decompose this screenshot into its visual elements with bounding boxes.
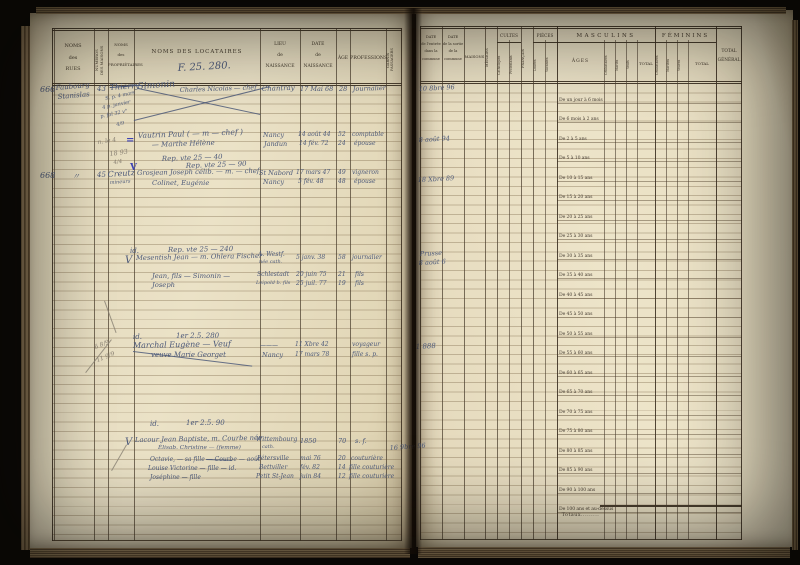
handwriting-text: fils — [355, 271, 364, 278]
handwriting-text: 19 — [338, 280, 346, 287]
handwriting-text: Chantray — [262, 84, 295, 93]
handwriting-text: ——— — [260, 342, 278, 349]
handwriting-text: Louise Victorine — fille — id. — [148, 465, 236, 472]
handwriting-text: Bettviller — [259, 464, 287, 471]
handwriting-text: F. 25. 280. — [177, 60, 231, 74]
handwriting-text: Prusse — [420, 249, 443, 258]
handwriting-text: Wittembourg — [256, 436, 297, 443]
pencil-note: n. le 4 — [97, 136, 117, 146]
handwriting-text: Nancy — [263, 131, 284, 139]
handwriting-text: 17 mars 78 — [295, 351, 329, 358]
handwriting-text: juin 84 — [300, 473, 321, 480]
handwriting-text: 18 Xbre 89 — [418, 174, 455, 184]
handwriting-text: V — [130, 163, 137, 173]
handwriting-text: voyageur — [352, 341, 380, 348]
handwriting-text: Thierry — [109, 81, 140, 92]
handwriting-text: Colinet, Eugénie — [152, 179, 209, 187]
handwriting-text: 48 — [338, 178, 346, 185]
handwriting-text: Joseph — [152, 281, 175, 289]
handwriting-text: vigneron — [352, 169, 379, 176]
handwriting-text: 20 juin 75 — [296, 271, 327, 278]
handwriting-text: s. f. — [355, 437, 367, 445]
handwriting-text: id. — [133, 333, 142, 341]
handwriting-text: 28 — [339, 85, 347, 93]
handwriting-text: = — [126, 135, 134, 146]
handwriting-text: Leipold b. fils — [256, 280, 290, 286]
handwriting-text: 〃 — [72, 171, 80, 182]
handwriting-text: cath. — [262, 444, 275, 450]
handwriting-text: née cath. — [259, 259, 282, 265]
handwriting-text: mineurs — [110, 179, 131, 186]
handwriting-layer: F. 25. 280.666FaubourgStanislas43Thierry… — [0, 0, 800, 565]
handwriting-text: 49 — [338, 169, 346, 176]
register-photo: NOMS des RUES NUMÉROS DES MAISONS NOMS d… — [0, 0, 800, 565]
handwriting-text: Lacour Jean Baptiste, m. Courbe née — [135, 434, 262, 444]
handwriting-text: Nancy — [262, 351, 283, 359]
handwriting-text: comptable — [352, 131, 384, 138]
handwriting-text: Nancy — [263, 178, 284, 186]
handwriting-text: 10 8bre 96 — [419, 83, 455, 93]
handwriting-text: 14 fév. 72 — [299, 140, 328, 147]
handwriting-text: 17 Mai 68 — [300, 85, 333, 93]
handwriting-text: 5 janv. 38 — [296, 254, 325, 261]
handwriting-text: 4/9 — [116, 120, 125, 128]
stroke-mark — [104, 301, 117, 333]
handwriting-text: 5 fév. 48 — [298, 178, 324, 185]
handwriting-text: Élisab. Christine — (femme) — [158, 445, 241, 451]
handwriting-text: 12 — [338, 473, 346, 480]
handwriting-text: fille couturière — [349, 473, 394, 480]
handwriting-text: fille couturière — [349, 464, 394, 471]
handwriting-text: Pétersville — [257, 455, 289, 462]
handwriting-text: Jean, fils — Simonin — — [152, 272, 230, 280]
handwriting-text: 45 — [97, 171, 106, 179]
handwriting-text: 70 — [338, 437, 346, 445]
pencil-note: 4/4 — [113, 159, 123, 166]
handwriting-text: St Nabord — [259, 169, 293, 177]
book-spine-shadow — [404, 8, 422, 554]
handwriting-text: épouse — [354, 178, 376, 185]
handwriting-text: 20 — [338, 455, 346, 462]
handwriting-text: id. — [150, 420, 159, 428]
handwriting-text: 24 — [338, 140, 346, 147]
handwriting-text: Schlestadt — [257, 271, 289, 278]
handwriting-text: fév. 82 — [300, 464, 320, 471]
handwriting-text: journalier — [352, 254, 382, 261]
handwriting-text: 11 Xbre 42 — [295, 341, 329, 348]
handwriting-text: 666 — [40, 85, 55, 94]
handwriting-text: — Marthe Hélène — [152, 139, 215, 149]
handwriting-text: 43 — [97, 85, 106, 93]
handwriting-text: A. Westf. — [258, 251, 285, 258]
handwriting-text: 668 — [40, 171, 55, 180]
handwriting-text: 52 — [338, 131, 346, 138]
handwriting-text: 58 — [338, 254, 346, 261]
handwriting-text: 1er 2.5. 90 — [186, 419, 225, 427]
handwriting-text: Journalier — [353, 84, 386, 93]
handwriting-text: Marchal Eugène — Veuf — [133, 339, 231, 350]
handwriting-text: mai 76 — [300, 455, 321, 462]
handwriting-text: 17 mars 47 — [296, 169, 330, 176]
handwriting-text: Mesentish Jean — m. Ohlera Fischer — [136, 252, 262, 262]
pencil-note: 11 9/9 — [95, 350, 115, 364]
handwriting-text: Stanislas — [57, 90, 90, 101]
handwriting-text: 21 — [338, 271, 346, 278]
handwriting-text: 25 juil. 77 — [296, 280, 327, 287]
stroke-mark — [111, 445, 127, 471]
handwriting-text: couturière — [351, 455, 383, 462]
handwriting-text: Petit St-Jean — [256, 473, 294, 480]
handwriting-text: 1850 — [300, 437, 317, 445]
handwriting-text: épouse — [354, 140, 376, 147]
handwriting-text: veuve Marie Georget — [151, 351, 226, 359]
handwriting-text: 8 août 94 — [419, 134, 451, 144]
handwriting-text: V — [125, 255, 132, 266]
handwriting-text: 8 août 6 — [419, 258, 446, 267]
handwriting-text: Joséphine — fille — [150, 474, 201, 481]
handwriting-text: fille s. p. — [352, 351, 378, 358]
handwriting-text: Jandun — [264, 140, 287, 148]
pencil-note: 18 93 — [109, 147, 129, 158]
handwriting-text: Vautrin Paul ( — m — chef ) — [138, 127, 243, 140]
handwriting-text: fils — [355, 280, 364, 287]
handwriting-text: 14 — [338, 464, 346, 471]
handwriting-text: 14 août 44 — [298, 131, 331, 138]
